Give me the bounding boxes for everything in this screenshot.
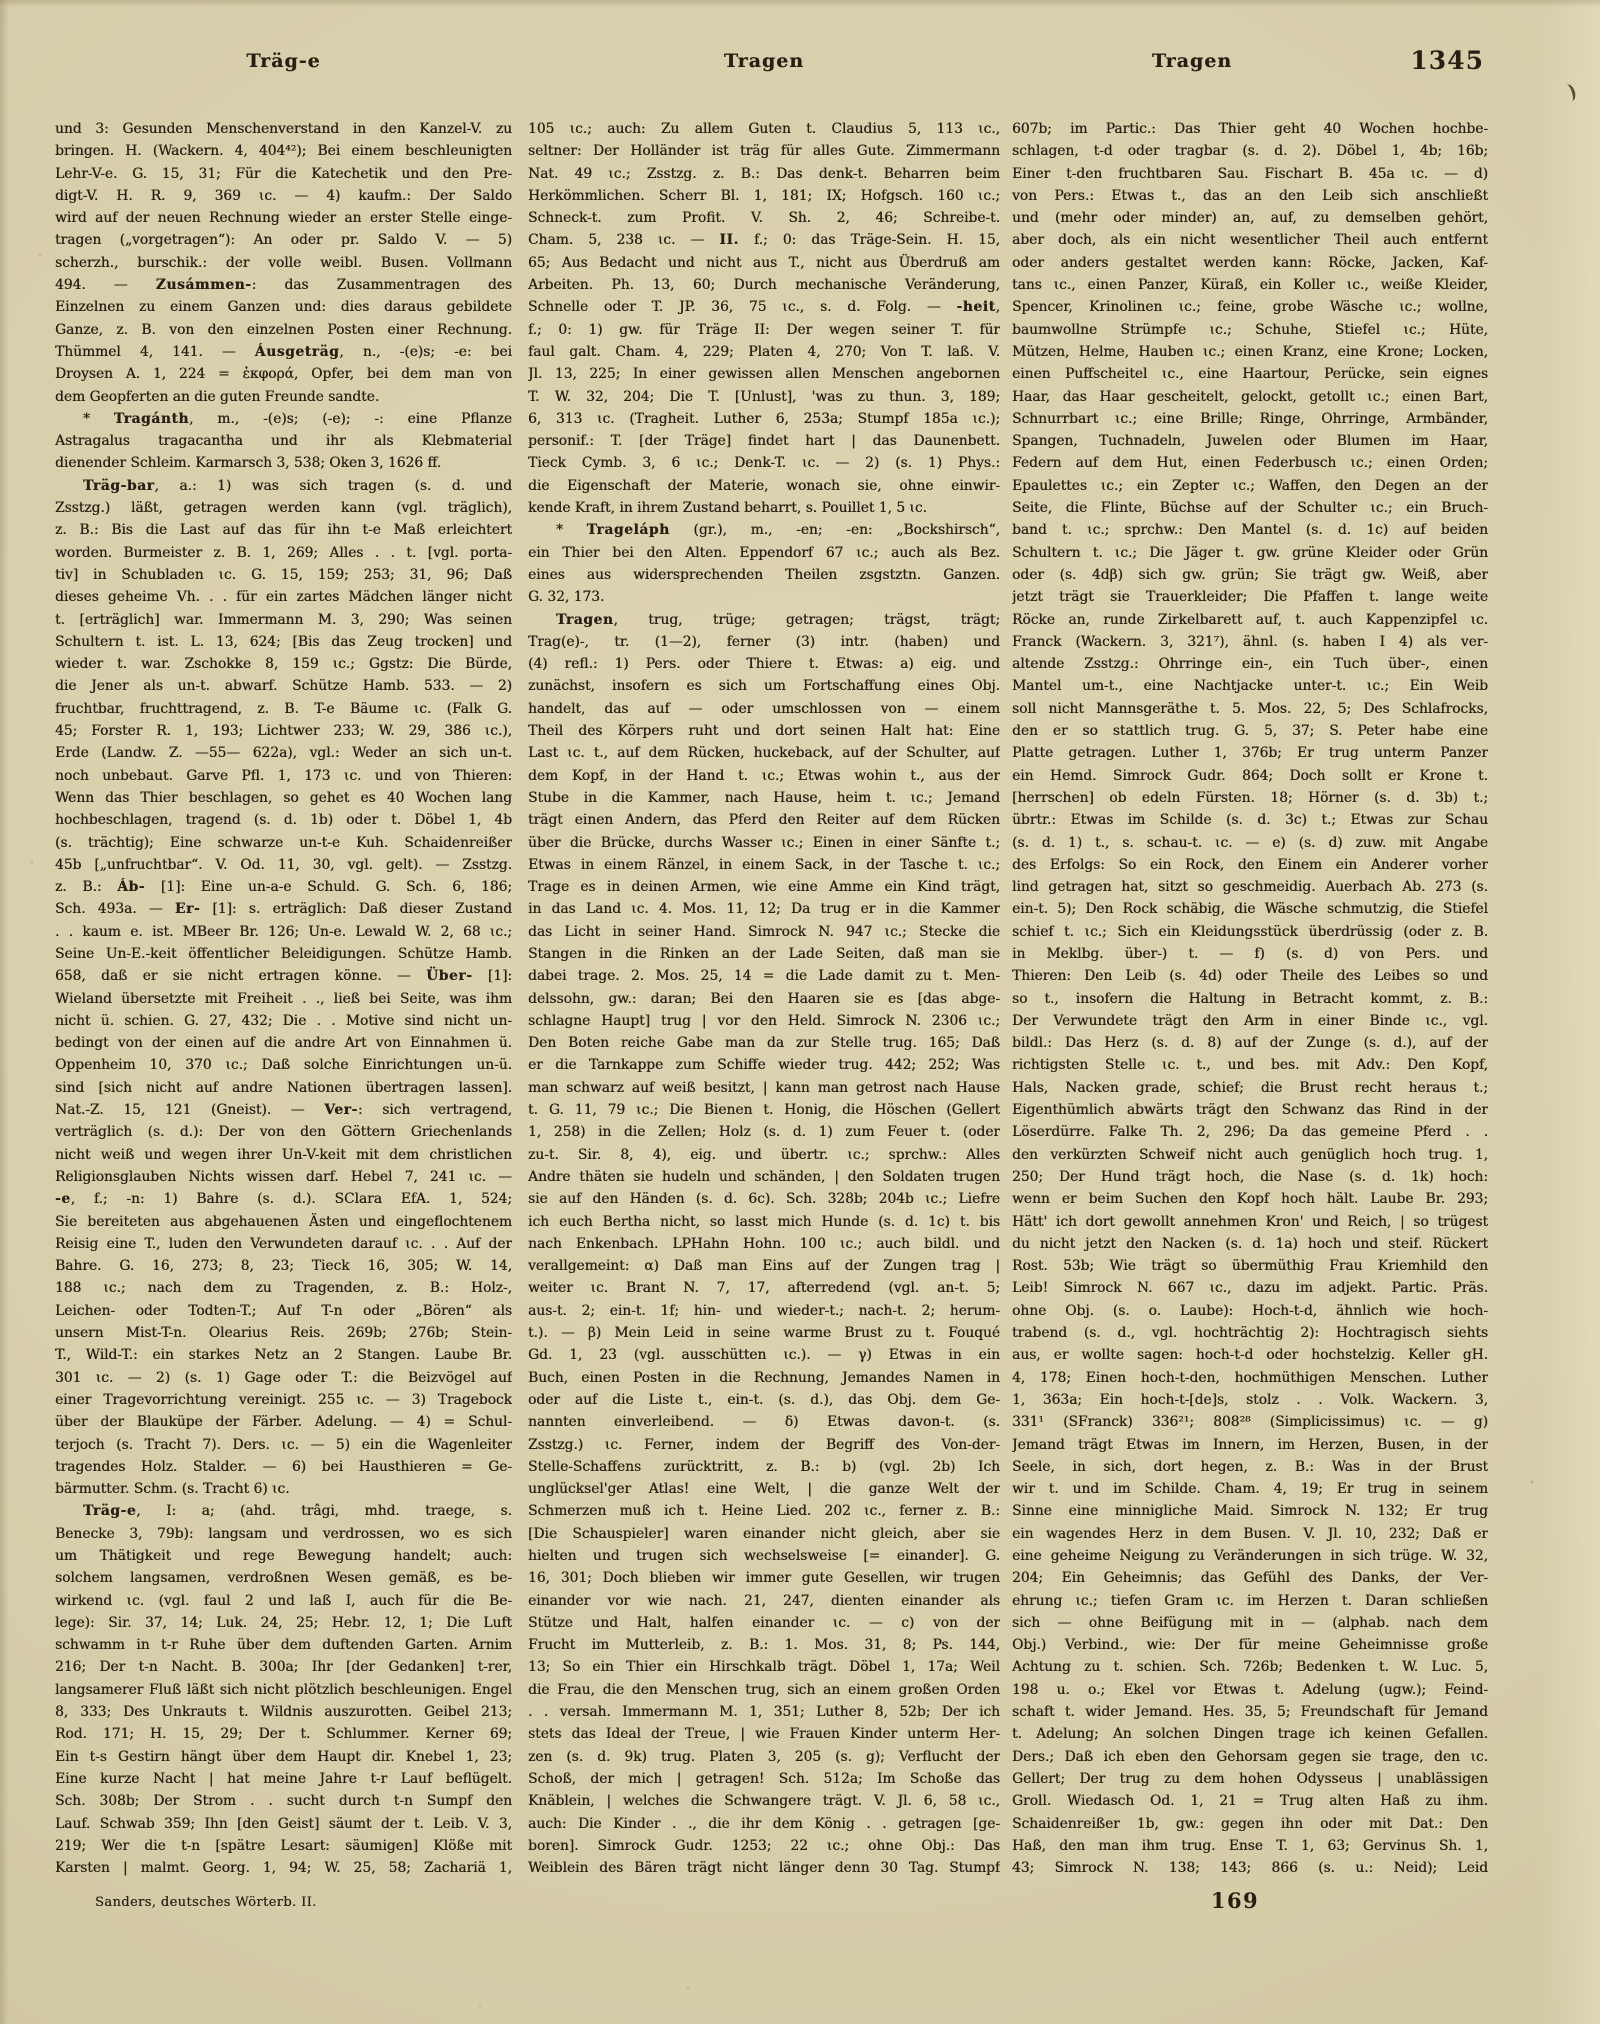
text-line: trägt einen Andern, das Pferd den Reiter… bbox=[528, 809, 1000, 831]
text-line: Zsstzg.) ɩc. Ferner, indem der Begriff d… bbox=[528, 1434, 1000, 1456]
text-line: Etwas in einem Ränzel, in einem Sack, in… bbox=[528, 854, 1000, 876]
text-line: G. 32, 173. bbox=[528, 586, 1000, 608]
text-line: baumwollne Strümpfe ɩc.; Schuhe, Stiefel… bbox=[1012, 319, 1488, 341]
text-line: jetzt trägt sie Trauerkleider; Die Pfaff… bbox=[1012, 586, 1488, 608]
text-line: ein Hemd. Simrock Gudr. 864; Doch sollt … bbox=[1012, 765, 1488, 787]
text-line: Sch. 493a. — Er- [1]: s. erträglich: Daß… bbox=[55, 898, 512, 920]
text-line: Stütze und Halt, halfen einander ɩc. — c… bbox=[528, 1612, 1000, 1634]
text-line: Den Boten reiche Gabe man da zur Stelle … bbox=[528, 1032, 1000, 1054]
text-line: ein Thier bei den Alten. Eppendorf 67 ɩc… bbox=[528, 542, 1000, 564]
text-line: Schoß, der mich | getragen! Sch. 512a; I… bbox=[528, 1768, 1000, 1790]
text-line: Stube in die Kammer, nach Hause, heim t.… bbox=[528, 787, 1000, 809]
text-line: aber doch, als ein nicht wesentlicher Th… bbox=[1012, 229, 1488, 251]
text-line: Astragalus tragacantha und ihr als Klebm… bbox=[55, 430, 512, 452]
text-line: Sie bereiteten aus abgehauenen Ästen und… bbox=[55, 1211, 512, 1233]
text-line: zen (s. d. 9k) trug. Platen 3, 205 (s. g… bbox=[528, 1746, 1000, 1768]
text-line: schwamm in t-r Ruhe über dem duftenden G… bbox=[55, 1634, 512, 1656]
text-line: Eine kurze Nacht | hat meine Jahre t-r L… bbox=[55, 1768, 512, 1790]
text-line: wirkend ɩc. (vgl. faul 2 und laß I, auch… bbox=[55, 1590, 512, 1612]
text-line: Schnelle oder T. JP. 36, 75 ɩc., s. d. F… bbox=[528, 296, 1000, 318]
text-line: Gd. 1, 23 (vgl. ausschütten ɩc.). — γ) E… bbox=[528, 1344, 1000, 1366]
column-3: 607b; im Partic.: Das Thier geht 40 Woch… bbox=[1012, 118, 1488, 1879]
text-line: Mantel um-t., eine Nachtjacke unter-t. ɩ… bbox=[1012, 675, 1488, 697]
book-page: Träg-e Tragen Tragen 1345 und 3: Gesunde… bbox=[0, 0, 1600, 2024]
text-line: sie auf den Händen (s. d. 6c). Sch. 328b… bbox=[528, 1188, 1000, 1210]
text-line: Thieren: Den Leib (s. 4d) oder Theile de… bbox=[1012, 965, 1488, 987]
text-line: [herrschen] ob edeln Fürsten. 18; Hörner… bbox=[1012, 787, 1488, 809]
text-line: dem Kopf, in der Hand t. ɩc.; Etwas wohi… bbox=[528, 765, 1000, 787]
text-line: Weiblein des Bären trägt nicht länger de… bbox=[528, 1857, 1000, 1879]
text-line: Leib! Simrock N. 667 ɩc., dazu im adjekt… bbox=[1012, 1277, 1488, 1299]
text-line: Schnurrbart ɩc.; eine Brille; Ringe, Ohr… bbox=[1012, 408, 1488, 430]
text-line: 6, 313 ɩc. (Tragheit. Luther 6, 253a; St… bbox=[528, 408, 1000, 430]
text-line: richtigsten Stelle ɩc. t., und bes. mit … bbox=[1012, 1054, 1488, 1076]
text-line: boren]. Simrock Gudr. 1253; 22 ɩc.; ohne… bbox=[528, 1835, 1000, 1857]
text-line: Cham. 5, 238 ɩc. — II. f.; 0: das Träge-… bbox=[528, 229, 1000, 251]
text-line: das Licht in seiner Hand. Simrock N. 947… bbox=[528, 921, 1000, 943]
text-line: Schneck-t. zum Profit. V. Sh. 2, 46; Sch… bbox=[528, 207, 1000, 229]
text-line: t. [erträglich] war. Immermann M. 3, 290… bbox=[55, 609, 512, 631]
text-line: dieses geheime Vh. . . für ein zartes Mä… bbox=[55, 586, 512, 608]
text-line: bringen. H. (Wackern. 4, 404⁴²); Bei ein… bbox=[55, 140, 512, 162]
text-line: 658, daß er sie nicht ertragen könne. — … bbox=[55, 965, 512, 987]
text-line: Jemand trägt Etwas im Innern, im Herzen,… bbox=[1012, 1434, 1488, 1456]
text-line: hochbeschlagen, tragend (s. d. 1b) oder … bbox=[55, 809, 512, 831]
text-line: oder auf die Liste t., ein-t. (s. d.), d… bbox=[528, 1389, 1000, 1411]
header-center-title: Tragen bbox=[528, 50, 1000, 72]
header-right-title: Tragen bbox=[1012, 50, 1372, 72]
text-line: Schaidenreißer 1b, gw.: gegen ihn oder m… bbox=[1012, 1813, 1488, 1835]
text-line: langsamerer Fluß läßt sich nicht plötzli… bbox=[55, 1679, 512, 1701]
text-line: Knäblein, | welches die Schwangere trägt… bbox=[528, 1790, 1000, 1812]
text-line: Haar, das Haar gescheitelt, gelockt, get… bbox=[1012, 386, 1488, 408]
text-line: hielten und trugen sich wechselsweise [=… bbox=[528, 1545, 1000, 1567]
text-line: Hätt' ich dort gewollt annehmen Kron' un… bbox=[1012, 1211, 1488, 1233]
text-line: Seele, in sich, dort hegen, z. B.: Was i… bbox=[1012, 1456, 1488, 1478]
text-line: Röcke an, runde Zirkelbarett auf, t. auc… bbox=[1012, 609, 1488, 631]
text-line: -e, f.; -n: 1) Bahre (s. d.). SClara EfA… bbox=[55, 1188, 512, 1210]
text-line: er die Tarnkappe zum Schiffe wieder trug… bbox=[528, 1054, 1000, 1076]
text-line: den er so stattlich trug. G. 5, 37; S. P… bbox=[1012, 720, 1488, 742]
text-line: lege): Sir. 37, 14; Luk. 24, 25; Hebr. 1… bbox=[55, 1612, 512, 1634]
text-line: Schultern t. ist. L. 13, 624; [Bis das Z… bbox=[55, 631, 512, 653]
text-line: 216; Der t-n Nacht. B. 300a; Ihr [der Ge… bbox=[55, 1656, 512, 1678]
text-line: Platte getragen. Luther 1, 376b; Er trug… bbox=[1012, 742, 1488, 764]
running-header: Träg-e Tragen Tragen 1345 bbox=[0, 50, 1600, 82]
text-line: nicht weiß und wegen ihrer Un-V-keit mit… bbox=[55, 1144, 512, 1166]
text-line: Wenn das Thier beschlagen, so gehet es 4… bbox=[55, 787, 512, 809]
text-line: eines aus widersprechenden Theilen zsgst… bbox=[528, 564, 1000, 586]
text-line: Frucht im Mutterleib, z. B.: 1. Mos. 31,… bbox=[528, 1634, 1000, 1656]
text-line: soll nicht Mannsgeräthe t. 5. Mos. 22, 5… bbox=[1012, 698, 1488, 720]
text-line: 16, 301; Doch blieben wir immer gute Ges… bbox=[528, 1567, 1000, 1589]
text-line: und (mehr oder minder) an, auf, zu demse… bbox=[1012, 207, 1488, 229]
text-line: aus, er wollte sagen: hoch-t-d oder hoch… bbox=[1012, 1344, 1488, 1366]
text-line: verallgemeint: α) Daß man Eins auf der Z… bbox=[528, 1255, 1000, 1277]
text-line: Religionsglauben Nichts wissen darf. Heb… bbox=[55, 1166, 512, 1188]
text-line: unglücksel'ger Atlas! eine Welt, | die g… bbox=[528, 1478, 1000, 1500]
text-line: die Jener als un-t. abwarf. Schütze Hamb… bbox=[55, 675, 512, 697]
text-line: (s. d. 1) t., s. schau-t. ɩc. — e) (s. d… bbox=[1012, 832, 1488, 854]
text-line: Rod. 171; H. 15, 29; Der t. Schlummer. K… bbox=[55, 1723, 512, 1745]
text-line: man schwarz auf weiß besitzt, | kann man… bbox=[528, 1077, 1000, 1099]
text-line: nicht ü. schien. G. 27, 432; Die . . Mot… bbox=[55, 1010, 512, 1032]
text-line: tragen („vorgetragen“): An oder pr. Sald… bbox=[55, 229, 512, 251]
text-line: Einzelnen zu einem Ganzen und: dies dara… bbox=[55, 296, 512, 318]
text-line: digt-V. H. R. 9, 369 ɩc. — 4) kaufm.: De… bbox=[55, 185, 512, 207]
text-line: dabei trage. 2. Mos. 25, 14 = die Lade d… bbox=[528, 965, 1000, 987]
text-line: um Thätigkeit und rege Bewegung handelt;… bbox=[55, 1545, 512, 1567]
text-line: Tragen, trug, trüge; getragen; trägst, t… bbox=[528, 609, 1000, 631]
text-line: worden. Burmeister z. B. 1, 269; Alles .… bbox=[55, 542, 512, 564]
text-line: die Eigenschaft der Materie, wonach sie,… bbox=[528, 475, 1000, 497]
text-line: Trage es in deinen Armen, wie eine Amme … bbox=[528, 876, 1000, 898]
text-line: Haß, den man ihm trug. Ense T. 1, 63; Ge… bbox=[1012, 1835, 1488, 1857]
text-line: terjoch (s. Tracht 7). Ders. ɩc. — 5) ei… bbox=[55, 1434, 512, 1456]
text-line: nannten einverleibend. — δ) Etwas davon-… bbox=[528, 1411, 1000, 1433]
text-line: ohne Obj. (s. o. Laube): Hoch-t-d, ähnli… bbox=[1012, 1300, 1488, 1322]
text-line: t.). — β) Mein Leid in seine warme Brust… bbox=[528, 1322, 1000, 1344]
text-line: Andre thäten sie hudeln und schänden, | … bbox=[528, 1166, 1000, 1188]
footer-imprint: Sanders, deutsches Wörterb. II. bbox=[95, 1895, 317, 1910]
text-line: 607b; im Partic.: Das Thier geht 40 Woch… bbox=[1012, 118, 1488, 140]
text-line: f.; 0: 1) gw. für Träge II: Der wegen se… bbox=[528, 319, 1000, 341]
text-line: . . versah. Immermann M. 1, 351; Luther … bbox=[528, 1701, 1000, 1723]
text-line: sich — ohne Beifügung mit in — (alphab. … bbox=[1012, 1612, 1488, 1634]
text-line: einander vor wie nach. 21, 247, dienten … bbox=[528, 1590, 1000, 1612]
text-line: 188 ɩc.; nach dem zu Tragenden, z. B.: H… bbox=[55, 1277, 512, 1299]
text-line: 198 u. o.; Ekel vor Etwas t. Adelung (ug… bbox=[1012, 1679, 1488, 1701]
text-line: Stelle-Schaffens zurücktritt, z. B.: b) … bbox=[528, 1456, 1000, 1478]
text-line: 1, 258) in die Zellen; Holz (s. d. 1) zu… bbox=[528, 1121, 1000, 1143]
text-line: Groll. Wiedasch Od. 1, 21 = Trug alten H… bbox=[1012, 1790, 1488, 1812]
text-line: (4) refl.: 1) Pers. oder Thiere t. Etwas… bbox=[528, 653, 1000, 675]
text-line: nach Enkenbach. LPHahn Hohn. 100 ɩc.; au… bbox=[528, 1233, 1000, 1255]
text-line: * Trageláph (gr.), m., -en; -en: „Bocksh… bbox=[528, 519, 1000, 541]
text-line: über die Brücke, durchs Wasser ɩc.; Eine… bbox=[528, 832, 1000, 854]
text-line: band t. ɩc.; sprchw.: Den Mantel (s. d. … bbox=[1012, 519, 1488, 541]
text-line: 331¹ (SFranck) 336²¹; 808²⁸ (Simplicissi… bbox=[1012, 1411, 1488, 1433]
text-line: in Meklbg. über-) t. — f) (s. d) von Per… bbox=[1012, 943, 1488, 965]
text-line: t. G. 11, 79 ɩc.; Die Bienen t. Honig, d… bbox=[528, 1099, 1000, 1121]
text-line: Tieck Cymb. 3, 6 ɩc.; Denk-T. ɩc. — 2) (… bbox=[528, 452, 1000, 474]
text-line: schlagen, t-d oder tragbar (s. d. 2). Dö… bbox=[1012, 140, 1488, 162]
text-line: kende Kraft, in ihrem Zustand beharrt, s… bbox=[528, 497, 1000, 519]
text-line: Droysen A. 1, 224 = ἐκφορά, Opfer, bei d… bbox=[55, 363, 512, 385]
text-line: lind getragen hat, sitzt so geschmeidig.… bbox=[1012, 876, 1488, 898]
text-line: 250; Der Hund trägt hoch, die Nase (s. d… bbox=[1012, 1166, 1488, 1188]
text-line: 65; Aus Bedacht und nicht aus T., nicht … bbox=[528, 252, 1000, 274]
text-line: Theil des Körpers ruht und dort seinen H… bbox=[528, 720, 1000, 742]
text-line: Träg-e, I: a; (ahd. trâgi, mhd. traege, … bbox=[55, 1500, 512, 1522]
text-line: so t., insofern die Haltung in Betracht … bbox=[1012, 988, 1488, 1010]
text-line: t. Adelung; An solchen Dingen trage ich … bbox=[1012, 1723, 1488, 1745]
text-line: Stangen in die Rinken an der Lade Seiten… bbox=[528, 943, 1000, 965]
text-line: übrtr.: Etwas im Schilde (s. d. 3c) t.; … bbox=[1012, 809, 1488, 831]
text-line: Ganze, z. B. von den einzelnen Posten ei… bbox=[55, 319, 512, 341]
text-line: Last ɩc. t., auf dem Rücken, huckeback, … bbox=[528, 742, 1000, 764]
text-line: zunächst, insofern es sich um Fortschaff… bbox=[528, 675, 1000, 697]
text-line: Nat.-Z. 15, 121 (Gneist). — Ver-: sich v… bbox=[55, 1099, 512, 1121]
sheet-signature-number: 169 bbox=[1205, 1888, 1265, 1913]
text-line: weiter ɩc. Brant N. 7, 17, afterredend (… bbox=[528, 1277, 1000, 1299]
text-line: scherzh., burschik.: der volle weibl. Bu… bbox=[55, 252, 512, 274]
text-line: tragendes Holz. Stalder. — 6) bei Hausth… bbox=[55, 1456, 512, 1478]
text-line: seltner: Der Holländer ist träg für alle… bbox=[528, 140, 1000, 162]
text-line: T. W. 32, 204; Die T. [Unlust], 'was zu … bbox=[528, 386, 1000, 408]
text-line: schlagne Haupt] trug | vor den Held. Sim… bbox=[528, 1010, 1000, 1032]
text-line: ein-t. 5); Den Rock schäbig, die Wäsche … bbox=[1012, 898, 1488, 920]
text-line: des Erfolgs: So ein Rock, den Einem ein … bbox=[1012, 854, 1488, 876]
text-line: die Frau, die den Menschen trug, sich an… bbox=[528, 1679, 1000, 1701]
text-line: Jl. 13, 225; In einer gewissen allen Men… bbox=[528, 363, 1000, 385]
text-line: 8, 333; Des Unkrauts t. Wildnis auszurot… bbox=[55, 1701, 512, 1723]
text-line: 45b [„unfruchtbar“. V. Od. 11, 30, vgl. … bbox=[55, 854, 512, 876]
text-line: wieder t. war. Zschokke 8, 159 ɩc.; Ggst… bbox=[55, 653, 512, 675]
text-line: Epaulettes ɩc.; ein Zepter ɩc.; Waffen, … bbox=[1012, 475, 1488, 497]
text-line: bildl.: Das Herz (s. d. 8) auf der Zunge… bbox=[1012, 1032, 1488, 1054]
text-line: handelt, das auf — oder umschlossen von … bbox=[528, 698, 1000, 720]
text-line: auch: Die Kinder . ., die ihr dem König … bbox=[528, 1813, 1000, 1835]
text-line: Bahre. G. 16, 273; 8, 23; Tieck 16, 305;… bbox=[55, 1255, 512, 1277]
text-line: Oppenheim 10, 370 ɩc.; Daß solche Einric… bbox=[55, 1054, 512, 1076]
text-line: Eigenthümlich abwärts trägt den Schwanz … bbox=[1012, 1099, 1488, 1121]
text-line: * Tragánth, m., -(e)s; (-e); -: eine Pfl… bbox=[55, 408, 512, 430]
text-line: Mützen, Helme, Hauben ɩc.; einen Kranz, … bbox=[1012, 341, 1488, 363]
text-line: Hals, Nacken grade, schief; die Brust re… bbox=[1012, 1077, 1488, 1099]
text-line: Trag(e)-, tr. (1—2), ferner (3) intr. (h… bbox=[528, 631, 1000, 653]
text-line: unsern Mist-T-n. Olearius Reis. 269b; 27… bbox=[55, 1322, 512, 1344]
text-line: Gellert; Der trug zu dem hohen Odysseus … bbox=[1012, 1768, 1488, 1790]
text-line: und 3: Gesunden Menschenverstand in den … bbox=[55, 118, 512, 140]
text-line: Arbeiten. Ph. 13, 60; Durch mechanische … bbox=[528, 274, 1000, 296]
text-line: Seite, die Flinte, Büchse auf der Schult… bbox=[1012, 497, 1488, 519]
text-line: von Pers.: Etwas t., das an den Leib sic… bbox=[1012, 185, 1488, 207]
column-2: 105 ɩc.; auch: Zu allem Guten t. Claudiu… bbox=[528, 118, 1000, 1879]
text-line: 301 ɩc. — 2) (s. 1) Gage oder T.: die Be… bbox=[55, 1367, 512, 1389]
text-line: 204; Ein Geheimnis; das Gefühl des Danks… bbox=[1012, 1567, 1488, 1589]
text-line: 45; Forster R. 1, 193; Lichtwer 233; W. … bbox=[55, 720, 512, 742]
text-line: 219; Wer die t-n [spätre Lesart: säumige… bbox=[55, 1835, 512, 1857]
text-line: Sinne eine minnigliche Maid. Simrock N. … bbox=[1012, 1500, 1488, 1522]
text-line: tans ɩc., einen Panzer, Küraß, ein Kolle… bbox=[1012, 274, 1488, 296]
text-line: wir t. und im Schilde. Cham. 4, 19; Er t… bbox=[1012, 1478, 1488, 1500]
text-line: zu-t. Sir. 8, 4), eig. und übertr. ɩc.; … bbox=[528, 1144, 1000, 1166]
text-line: Lauf. Schwab 359; Ihn [den Geist] säumt … bbox=[55, 1813, 512, 1835]
ink-blemish-mark bbox=[1561, 83, 1578, 104]
text-line: personif.: T. [der Träge] findet hart | … bbox=[528, 430, 1000, 452]
text-line: ehrung ɩc.; tiefen Gram ɩc. im Herzen t.… bbox=[1012, 1590, 1488, 1612]
text-line: (s. trächtig); Eine schwarze un-t-e Kuh.… bbox=[55, 832, 512, 854]
text-line: stets das Ideal der Treue, | wie Frauen … bbox=[528, 1723, 1000, 1745]
text-line: Benecke 3, 79b): langsam und verdrossen,… bbox=[55, 1523, 512, 1545]
text-line: Träg-bar, a.: 1) was sich tragen (s. d. … bbox=[55, 475, 512, 497]
text-line: tiv] in Schubladen ɩc. G. 15, 159; 253; … bbox=[55, 564, 512, 586]
text-line: 494. — Zusámmen-: das Zusammentragen des bbox=[55, 274, 512, 296]
text-line: Wieland übersetzte mit Freiheit . ., lie… bbox=[55, 988, 512, 1010]
text-line: Erde (Landw. Z. —55— 622a), vgl.: Weder … bbox=[55, 742, 512, 764]
page-number: 1345 bbox=[1410, 46, 1484, 75]
text-line: z. B.: Bis die Last auf das für ihn t-e … bbox=[55, 519, 512, 541]
text-line: über der Blauküpe der Färber. Adelung. —… bbox=[55, 1411, 512, 1433]
text-line: Spangen, Tuchnadeln, Juwelen oder Blumen… bbox=[1012, 430, 1488, 452]
text-line: sind [sich nicht auf andre Nationen über… bbox=[55, 1077, 512, 1099]
text-line: Nat. 49 ɩc.; Zsstzg. z. B.: Das denk-t. … bbox=[528, 163, 1000, 185]
text-line: Sch. 308b; Der Strom . . sucht durch t-n… bbox=[55, 1790, 512, 1812]
text-line: Löserdürre. Falke Th. 2, 296; Da das gem… bbox=[1012, 1121, 1488, 1143]
text-line: wenn er beim Suchen den Kopf hoch hält. … bbox=[1012, 1188, 1488, 1210]
text-line: z. B.: Áb- [1]: Eine un-a-e Schuld. G. S… bbox=[55, 876, 512, 898]
text-line: Zsstzg.) läßt, getragen werden kann (vgl… bbox=[55, 497, 512, 519]
column-1: und 3: Gesunden Menschenverstand in den … bbox=[55, 118, 512, 1879]
text-line: Karsten | malmt. Georg. 1, 94; W. 25, 58… bbox=[55, 1857, 512, 1879]
text-line: ich euch Bertha nicht, so lasst mich Hun… bbox=[528, 1211, 1000, 1233]
text-line: Seine Un-E.-keit öffentlicher Beleidigun… bbox=[55, 943, 512, 965]
text-line: Rost. 53b; Wie trägt so übermüthig Frau … bbox=[1012, 1255, 1488, 1277]
text-line: . . kaum e. ist. MBeer Br. 126; Un-e. Le… bbox=[55, 921, 512, 943]
text-line: delssohn, gw.: daran; Bei den Haaren sie… bbox=[528, 988, 1000, 1010]
text-line: Thümmel 4, 141. — Áusgeträg, n., -(e)s; … bbox=[55, 341, 512, 363]
text-line: schaft t. wider Jemand. Hes. 35, 5; Freu… bbox=[1012, 1701, 1488, 1723]
text-line: Schultern t. ɩc.; Die Jäger t. gw. grüne… bbox=[1012, 542, 1488, 564]
text-line: Ders.; Daß ich eben den Gehorsam gegen s… bbox=[1012, 1746, 1488, 1768]
text-line: oder anders gestaltet werden kann: Röcke… bbox=[1012, 252, 1488, 274]
text-line: Lehr-V-e. G. 15, 31; Für die Katechetik … bbox=[55, 163, 512, 185]
text-line: du nicht jetzt den Nacken (s. d. 1a) hoc… bbox=[1012, 1233, 1488, 1255]
text-line: Buch, einen Posten in die Rechnung, Jema… bbox=[528, 1367, 1000, 1389]
text-line: verträglich (s. d.): Der von den Göttern… bbox=[55, 1121, 512, 1143]
text-line: solchem langsamen, verdroßnen Wesen gemä… bbox=[55, 1567, 512, 1589]
text-line: faul galt. Cham. 4, 229; Platen 4, 270; … bbox=[528, 341, 1000, 363]
text-line: noch unbebaut. Garve Pfl. 1, 173 ɩc. und… bbox=[55, 765, 512, 787]
text-line: Ein t-s Gestirn hängt über dem Haupt dir… bbox=[55, 1746, 512, 1768]
text-line: bedingt von der einen auf die andre Art … bbox=[55, 1032, 512, 1054]
text-line: wird auf der neuen Rechnung wieder an er… bbox=[55, 207, 512, 229]
text-line: 13; So ein Thier ein Hirschkalb trägt. D… bbox=[528, 1656, 1000, 1678]
text-line: in das Land ɩc. 4. Mos. 11, 12; Da trug … bbox=[528, 898, 1000, 920]
text-line: aus-t. 2; ein-t. 1f; hin- und wieder-t.;… bbox=[528, 1300, 1000, 1322]
text-line: Achtung zu t. schien. Sch. 726b; Bedenke… bbox=[1012, 1656, 1488, 1678]
text-line: [Die Schauspieler] waren einander nicht … bbox=[528, 1523, 1000, 1545]
text-line: Herkömmlichen. Scherr Bl. 1, 181; IX; Ho… bbox=[528, 185, 1000, 207]
text-line: dienender Schleim. Karmarsch 3, 538; Oke… bbox=[55, 452, 512, 474]
text-line: oder (s. 4dβ) sich gw. grün; Sie trägt g… bbox=[1012, 564, 1488, 586]
text-line: 1, 363a; Ein hoch-t-[de]s, stolz . . Vol… bbox=[1012, 1389, 1488, 1411]
text-line: Reisig eine T., luden den Verwundeten da… bbox=[55, 1233, 512, 1255]
text-line: bärmutter. Schm. (s. Tracht 6) ɩc. bbox=[55, 1478, 512, 1500]
text-line: T., Wild-T.: ein starkes Netz an 2 Stang… bbox=[55, 1344, 512, 1366]
text-line: einen Puffscheitel ɩc., eine Haartour, P… bbox=[1012, 363, 1488, 385]
text-line: trabend (s. d., vgl. hochträchtig 2): Ho… bbox=[1012, 1322, 1488, 1344]
text-line: fruchtbar, fruchttragend, z. B. T-e Bäum… bbox=[55, 698, 512, 720]
text-line: Leichen- oder Todten-T.; Auf T-n oder „B… bbox=[55, 1300, 512, 1322]
text-line: eine geheime Neigung zu Veränderungen in… bbox=[1012, 1545, 1488, 1567]
text-line: schief t. ɩc.; Sich ein Kleidungsstück ü… bbox=[1012, 921, 1488, 943]
text-line: Obj.) Verbind., wie: Der für meine Gehei… bbox=[1012, 1634, 1488, 1656]
text-line: Der Verwundete trägt den Arm in einer Bi… bbox=[1012, 1010, 1488, 1032]
header-left-title: Träg-e bbox=[55, 50, 512, 72]
text-line: Schmerzen muß ich t. Heine Lied. 202 ɩc.… bbox=[528, 1500, 1000, 1522]
text-line: 43; Simrock N. 138; 143; 866 (s. u.: Nei… bbox=[1012, 1857, 1488, 1879]
text-line: einer Tragevorrichtung vereinigt. 255 ɩc… bbox=[55, 1389, 512, 1411]
text-line: den verkürzten Schweif nicht auch genügl… bbox=[1012, 1144, 1488, 1166]
text-line: 4, 178; Einen hoch-t-den, hochmüthigen M… bbox=[1012, 1367, 1488, 1389]
text-line: 105 ɩc.; auch: Zu allem Guten t. Claudiu… bbox=[528, 118, 1000, 140]
text-line: Federn auf dem Hut, einen Federbusch ɩc.… bbox=[1012, 452, 1488, 474]
text-line: dem Geopferten an die guten Freunde sand… bbox=[55, 386, 512, 408]
text-line: Spencer, Krinolinen ɩc.; feine, grobe Wä… bbox=[1012, 296, 1488, 318]
text-line: ein wagendes Herz in dem Busen. V. Jl. 1… bbox=[1012, 1523, 1488, 1545]
text-line: altende Zsstzg.: Ohrringe ein-, ein Tuch… bbox=[1012, 653, 1488, 675]
text-line: Franck (Wackern. 3, 321⁷), ähnl. (s. hab… bbox=[1012, 631, 1488, 653]
text-line: Einer t-den fruchtbaren Sau. Fischart B.… bbox=[1012, 163, 1488, 185]
